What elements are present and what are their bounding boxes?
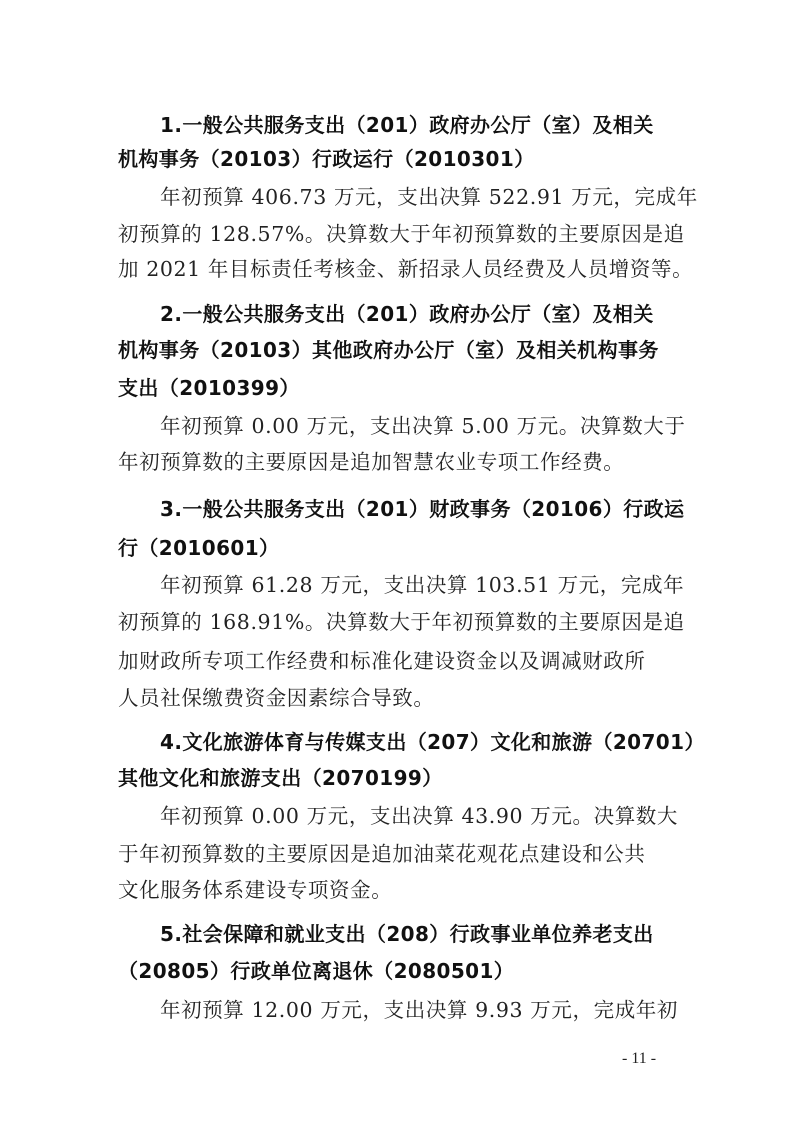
- section-2-heading-line-1: 2.一般公共服务支出（201）政府办公厅（室）及相关: [160, 301, 720, 327]
- section-4-heading-line-2: 其他文化和旅游支出（2070199）: [118, 765, 678, 791]
- section-2-body-line-2: 年初预算数的主要原因是追加智慧农业专项工作经费。: [118, 449, 678, 475]
- document-page: 1.一般公共服务支出（201）政府办公厅（室）及相关 机构事务（20103）行政…: [0, 0, 793, 1122]
- section-4-body-line-1: 年初预算 0.00 万元，支出决算 43.90 万元。决算数大: [160, 803, 720, 829]
- section-2-body-line-1: 年初预算 0.00 万元，支出决算 5.00 万元。决算数大于: [160, 413, 720, 439]
- section-3-body-line-4: 人员社保缴费资金因素综合导致。: [118, 685, 678, 711]
- section-4-heading-line-1: 4.文化旅游体育与传媒支出（207）文化和旅游（20701）: [160, 729, 720, 755]
- section-4-body-line-3: 文化服务体系建设专项资金。: [118, 877, 678, 903]
- section-2-heading-line-3: 支出（2010399）: [118, 375, 678, 401]
- section-5-heading-line-2: （20805）行政单位离退休（2080501）: [118, 958, 678, 984]
- section-1-body-line-1: 年初预算 406.73 万元，支出决算 522.91 万元，完成年: [160, 184, 720, 210]
- section-3-heading-line-2: 行（2010601）: [118, 535, 678, 561]
- section-5-body-line-1: 年初预算 12.00 万元，支出决算 9.93 万元，完成年初: [160, 997, 720, 1023]
- section-4-body-line-2: 于年初预算数的主要原因是追加油菜花观花点建设和公共: [118, 841, 678, 867]
- section-1-body-line-2: 初预算的 128.57%。决算数大于年初预算数的主要原因是追: [118, 221, 678, 247]
- section-2-heading-line-2: 机构事务（20103）其他政府办公厅（室）及相关机构事务: [118, 337, 678, 363]
- page-number: - 11 -: [622, 1050, 656, 1068]
- section-3-body-line-3: 加财政所专项工作经费和标准化建设资金以及调减财政所: [118, 648, 678, 674]
- section-1-heading-line-1: 1.一般公共服务支出（201）政府办公厅（室）及相关: [160, 112, 720, 138]
- section-3-body-line-2: 初预算的 168.91%。决算数大于年初预算数的主要原因是追: [118, 609, 678, 635]
- section-1-heading-line-2: 机构事务（20103）行政运行（2010301）: [118, 146, 678, 172]
- section-1-body-line-3: 加 2021 年目标责任考核金、新招录人员经费及人员增资等。: [118, 256, 678, 282]
- section-3-body-line-1: 年初预算 61.28 万元，支出决算 103.51 万元，完成年: [160, 572, 720, 598]
- section-3-heading-line-1: 3.一般公共服务支出（201）财政事务（20106）行政运: [160, 496, 720, 522]
- section-5-heading-line-1: 5.社会保障和就业支出（208）行政事业单位养老支出: [160, 921, 720, 947]
